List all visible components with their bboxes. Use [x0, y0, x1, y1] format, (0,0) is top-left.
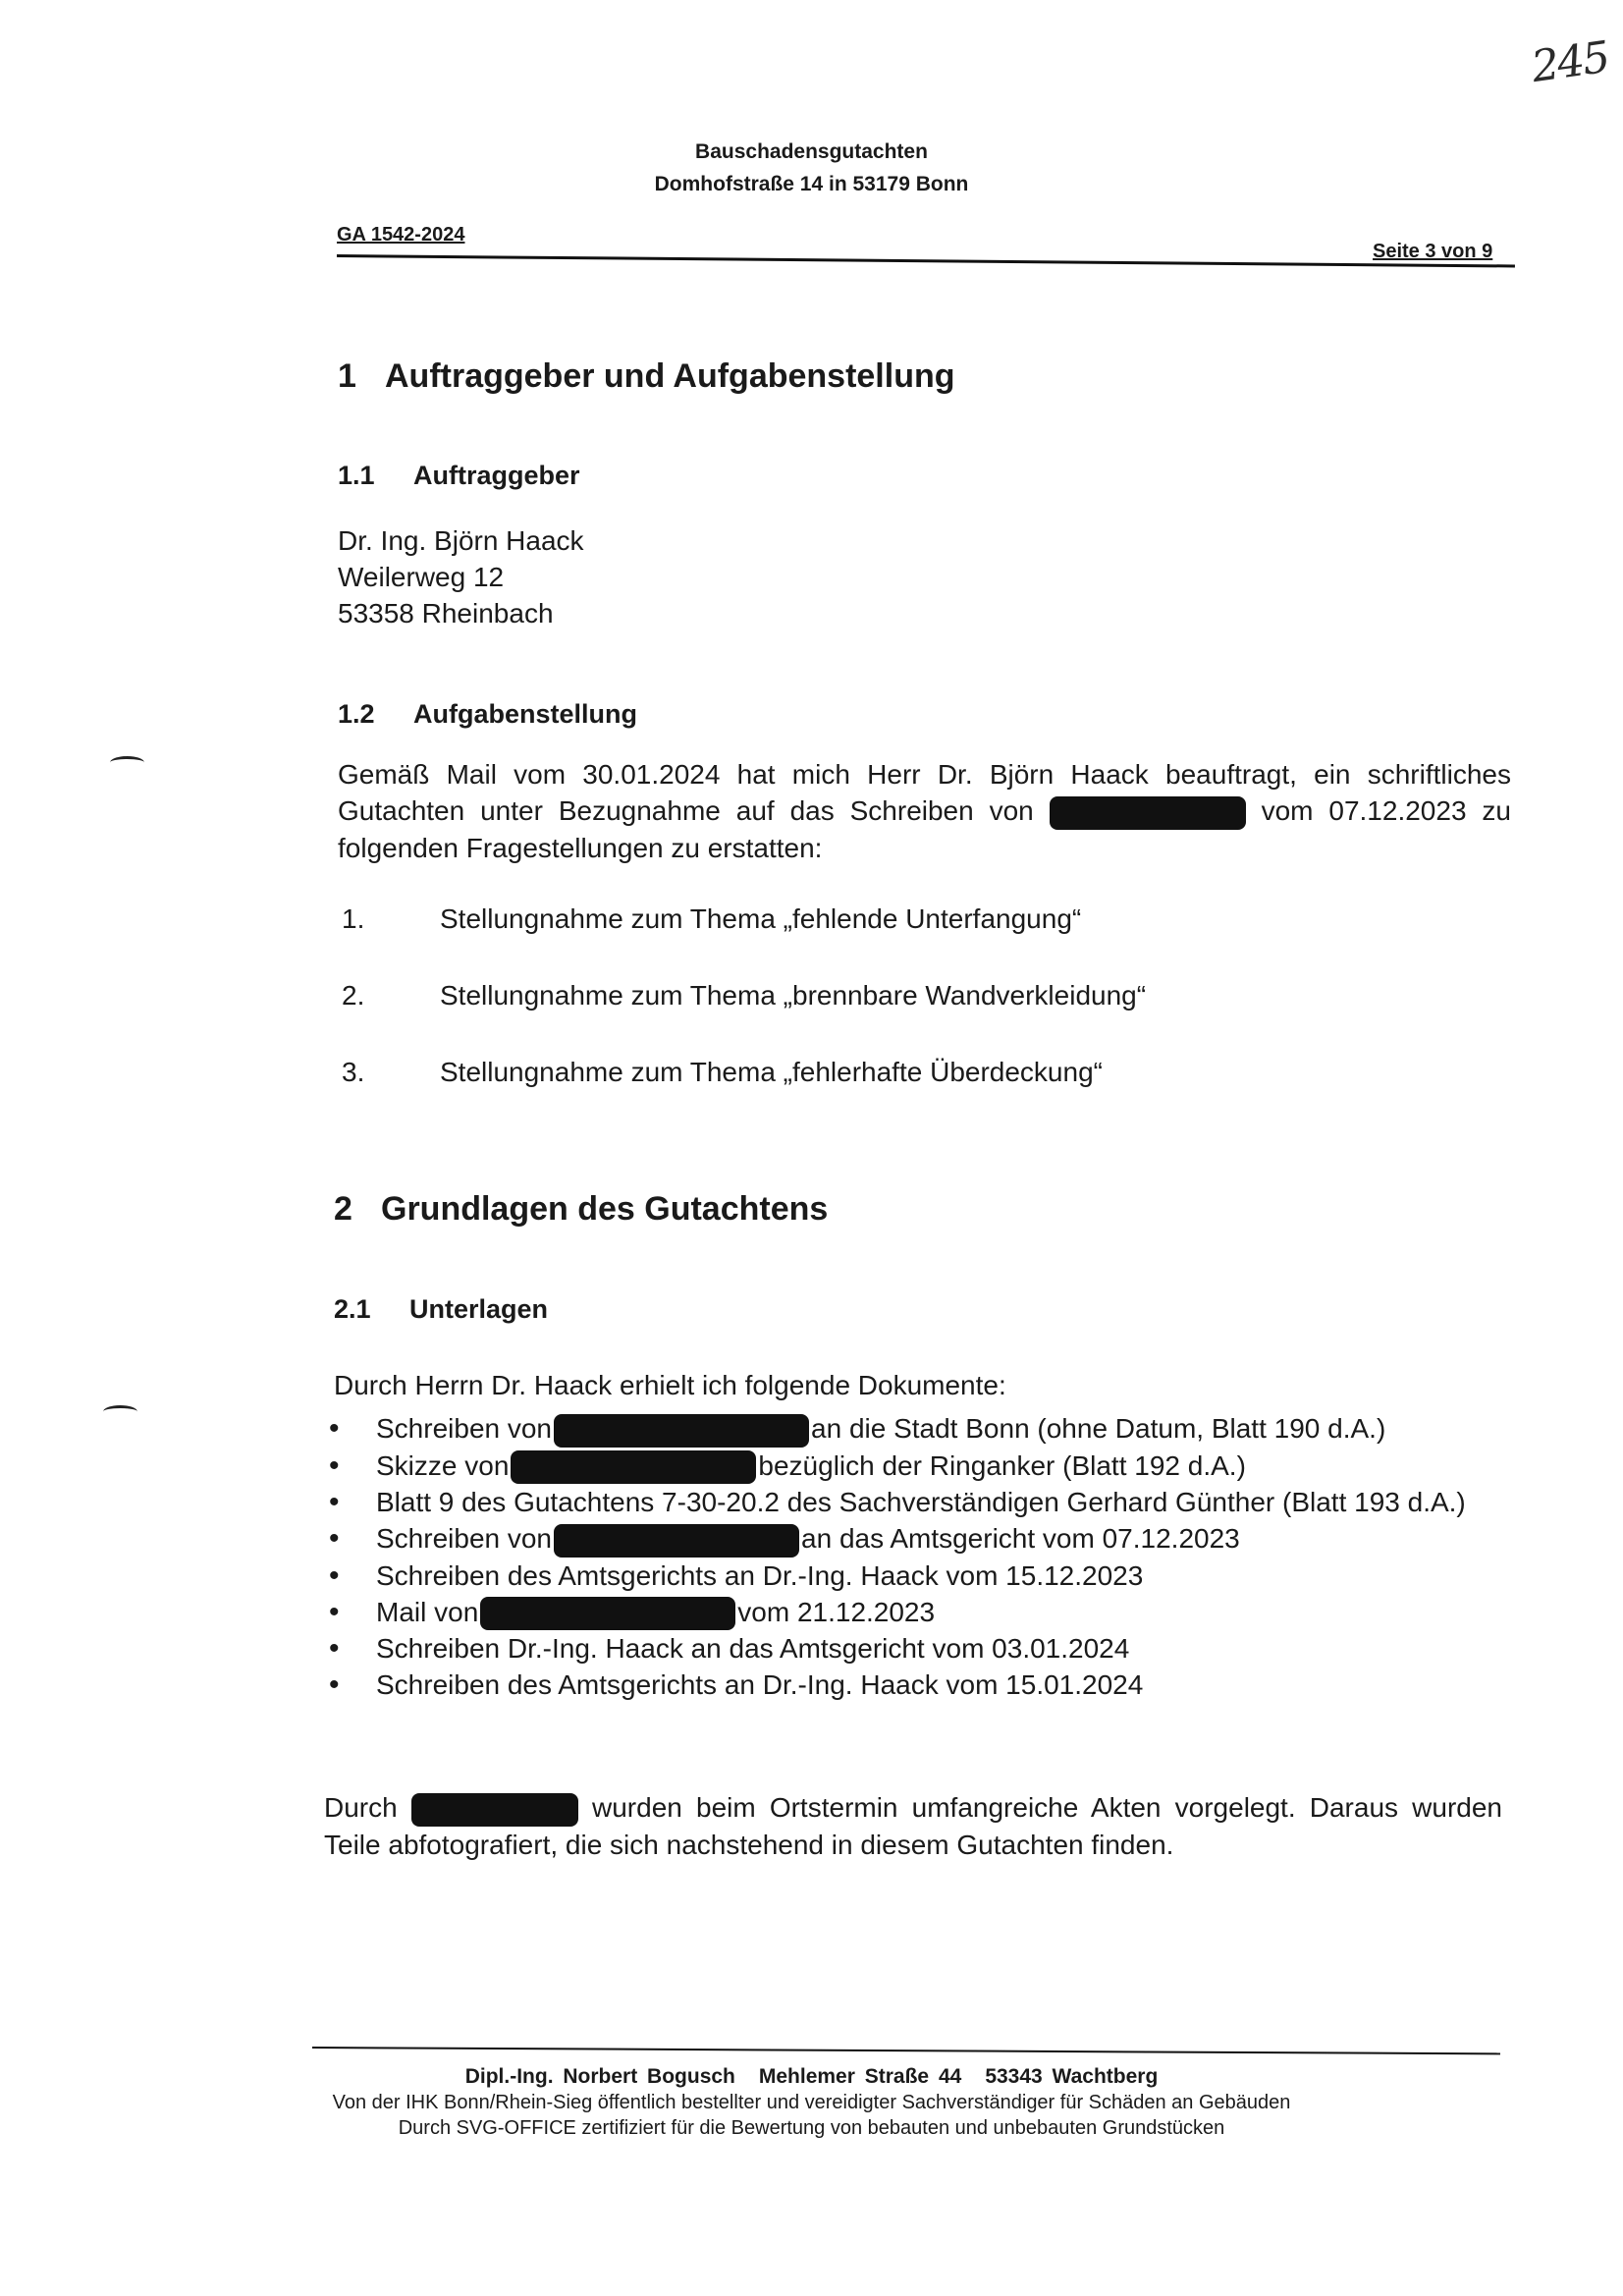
- margin-mark: [110, 756, 144, 769]
- header-subtitle: Domhofstraße 14 in 53179 Bonn: [0, 173, 1623, 196]
- footer-rule: [312, 2047, 1500, 2054]
- documents-intro: Durch Herrn Dr. Haack erhielt ich folgen…: [334, 1367, 1006, 1403]
- document-item: Blatt 9 des Gutachtens 7-30-20.2 des Sac…: [329, 1484, 1517, 1520]
- question-list: 1.Stellungnahme zum Thema „fehlende Unte…: [342, 903, 1146, 1133]
- page-indicator: Seite 3 von 9: [1373, 241, 1492, 263]
- client-address: Dr. Ing. Björn Haack Weilerweg 12 53358 …: [338, 522, 584, 631]
- task-paragraph: Gemäß Mail vom 30.01.2024 hat mich Herr …: [338, 756, 1511, 866]
- document-item: Schreiben des Amtsgerichts an Dr.-Ing. H…: [329, 1667, 1517, 1703]
- section-1-1-heading: 1.1Auftraggeber: [338, 461, 580, 491]
- document-item: Schreiben Dr.-Ing. Haack an das Amtsgeri…: [329, 1630, 1517, 1667]
- document-item: Schreiben vonan die Stadt Bonn (ohne Dat…: [329, 1410, 1517, 1448]
- section-2-1-heading: 2.1Unterlagen: [334, 1294, 548, 1325]
- handwritten-page-number: 245: [1529, 32, 1611, 92]
- redaction-block: [554, 1524, 799, 1558]
- document-item: Schreiben vonan das Amtsgericht vom 07.1…: [329, 1520, 1517, 1558]
- question-item: 1.Stellungnahme zum Thema „fehlende Unte…: [342, 903, 1146, 980]
- document-item: Skizze vonbezüglich der Ringanker (Blatt…: [329, 1448, 1517, 1485]
- redaction-block: [480, 1597, 735, 1630]
- footer-contact: Dipl.-Ing. Norbert BoguschMehlemer Straß…: [0, 2065, 1623, 2089]
- redaction-block: [554, 1414, 809, 1448]
- footer-certification-svg: Durch SVG-OFFICE zertifiziert für die Be…: [0, 2117, 1623, 2140]
- section-1-heading: 1Auftraggeber und Aufgabenstellung: [338, 357, 955, 396]
- closing-paragraph: Durch wurden beim Ortstermin umfangreich…: [324, 1789, 1502, 1863]
- margin-mark: [103, 1405, 137, 1418]
- redaction-block: [411, 1793, 578, 1827]
- header-rule: [337, 254, 1515, 267]
- section-2-heading: 2Grundlagen des Gutachtens: [334, 1190, 828, 1229]
- question-item: 3.Stellungnahme zum Thema „fehlerhafte Ü…: [342, 1057, 1146, 1133]
- documents-list: Schreiben vonan die Stadt Bonn (ohne Dat…: [329, 1410, 1517, 1703]
- document-item: Schreiben des Amtsgerichts an Dr.-Ing. H…: [329, 1558, 1517, 1594]
- document-reference: GA 1542-2024: [337, 224, 464, 246]
- redaction-block: [511, 1450, 756, 1484]
- header-title: Bauschadensgutachten: [0, 140, 1623, 164]
- footer-certification-ihk: Von der IHK Bonn/Rhein-Sieg öffentlich b…: [0, 2092, 1623, 2114]
- question-item: 2.Stellungnahme zum Thema „brennbare Wan…: [342, 980, 1146, 1057]
- redaction-block: [1050, 796, 1246, 830]
- section-1-2-heading: 1.2Aufgabenstellung: [338, 699, 637, 730]
- document-item: Mail vonvom 21.12.2023: [329, 1594, 1517, 1631]
